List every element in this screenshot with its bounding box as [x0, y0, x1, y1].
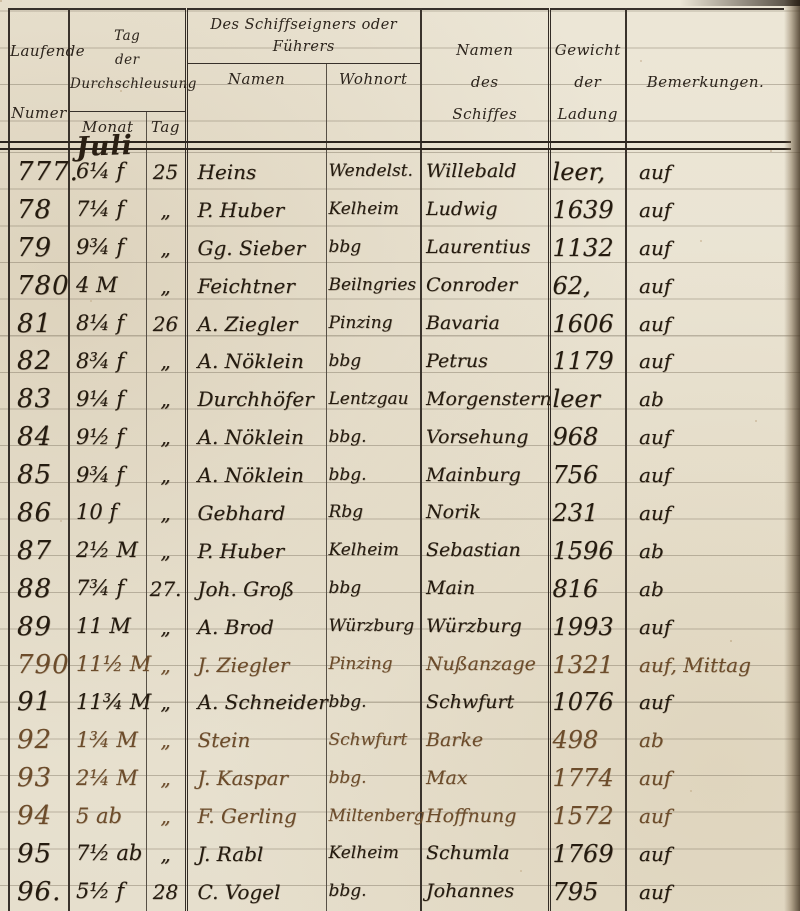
owner-name-cell: P. Huber: [186, 191, 326, 229]
page-edge-shadow: [784, 0, 800, 911]
table-row: 95 7½ ab „ J. Rabl Kelheim Schumla 1769 …: [9, 835, 784, 873]
paper-speckles: [0, 0, 2, 2]
cargo-weight-cell: 795: [549, 873, 626, 911]
owner-name-cell: Gg. Sieber: [186, 229, 326, 267]
owner-name-cell: Heins: [186, 153, 326, 191]
ship-name-cell: Vorsehung: [421, 418, 549, 456]
running-number-cell: 96.: [9, 873, 69, 911]
ship-name-cell: Hoffnung: [421, 797, 549, 835]
day-cell: „: [146, 494, 186, 532]
running-number-cell: 83: [9, 380, 69, 418]
owner-name-cell: Durchhöfer: [186, 380, 326, 418]
table-row: 92 1¾ M „ Stein Schwfurt Barke 498 ab: [9, 721, 784, 759]
remark-cell: ab: [626, 532, 784, 570]
cargo-weight-cell: 62,: [549, 267, 626, 305]
table-row: 93 2¼ M „ J. Kaspar bbg. Max 1774 auf: [9, 759, 784, 797]
month-label: Juli: [75, 130, 133, 163]
scanned-ledger-page: { "page": { "month_label": "Juli" }, "he…: [0, 0, 800, 911]
residence-cell: Kelheim: [326, 191, 421, 229]
time-cell: 9½ f: [69, 418, 146, 456]
table-row: 84 9½ f „ A. Nöklein bbg. Vorsehung 968 …: [9, 418, 784, 456]
header-schiffseigner: Des Schiffseigners oder Führers: [186, 9, 421, 63]
cargo-weight-cell: leer,: [549, 153, 626, 191]
remark-cell: auf: [626, 191, 784, 229]
owner-name-cell: A. Nöklein: [186, 418, 326, 456]
running-number-cell: 81: [9, 305, 69, 343]
time-cell: 9¾ f: [69, 229, 146, 267]
day-cell: 25: [146, 153, 186, 191]
owner-name-cell: A. Schneider: [186, 683, 326, 721]
remark-cell: auf: [626, 456, 784, 494]
ship-name-cell: Johannes: [421, 873, 549, 911]
cargo-weight-cell: leer: [549, 380, 626, 418]
day-cell: „: [146, 342, 186, 380]
running-number-cell: 92: [9, 721, 69, 759]
residence-cell: bbg: [326, 342, 421, 380]
remark-cell: ab: [626, 380, 784, 418]
owner-name-cell: J. Kaspar: [186, 759, 326, 797]
remark-cell: auf: [626, 305, 784, 343]
remark-cell: auf: [626, 153, 784, 191]
day-cell: „: [146, 380, 186, 418]
table-body: 777. 6¼ f 25 Heins Wendelst. Willebald l…: [9, 153, 784, 911]
remark-cell: ab: [626, 570, 784, 608]
residence-cell: Pinzing: [326, 646, 421, 684]
time-cell: 10 f: [69, 494, 146, 532]
owner-name-cell: C. Vogel: [186, 873, 326, 911]
page-edge-top-shadow: [680, 0, 800, 6]
header-schiffsname: Namen des Schiffes: [421, 9, 549, 153]
time-cell: 2¼ M: [69, 759, 146, 797]
day-cell: 27.: [146, 570, 186, 608]
cargo-weight-cell: 1769: [549, 835, 626, 873]
time-cell: 5 ab: [69, 797, 146, 835]
cargo-weight-cell: 1606: [549, 305, 626, 343]
cargo-weight-cell: 1076: [549, 683, 626, 721]
residence-cell: Würzburg: [326, 608, 421, 646]
ship-name-cell: Max: [421, 759, 549, 797]
ship-name-cell: Barke: [421, 721, 549, 759]
cargo-weight-cell: 1132: [549, 229, 626, 267]
remark-cell: auf: [626, 683, 784, 721]
running-number-cell: 82: [9, 342, 69, 380]
ship-name-cell: Norik: [421, 494, 549, 532]
running-number-cell: 88: [9, 570, 69, 608]
table-row: 91 11¾ M „ A. Schneider bbg. Schwfurt 10…: [9, 683, 784, 721]
running-number-cell: 79: [9, 229, 69, 267]
residence-cell: Wendelst.: [326, 153, 421, 191]
table-row: 82 8¾ f „ A. Nöklein bbg Petrus 1179 auf: [9, 342, 784, 380]
owner-name-cell: A. Ziegler: [186, 305, 326, 343]
owner-name-cell: Stein: [186, 721, 326, 759]
header-bemerkungen: Bemerkungen.: [626, 9, 784, 153]
cargo-weight-cell: 498: [549, 721, 626, 759]
day-cell: „: [146, 267, 186, 305]
ship-name-cell: Ludwig: [421, 191, 549, 229]
cargo-weight-cell: 816: [549, 570, 626, 608]
running-number-cell: 94: [9, 797, 69, 835]
residence-cell: Kelheim: [326, 532, 421, 570]
remark-cell: auf: [626, 342, 784, 380]
time-cell: 7¾ f: [69, 570, 146, 608]
residence-cell: Kelheim: [326, 835, 421, 873]
residence-cell: Schwfurt: [326, 721, 421, 759]
day-cell: „: [146, 456, 186, 494]
time-cell: 1¾ M: [69, 721, 146, 759]
day-cell: 26: [146, 305, 186, 343]
table-row: 86 10 f „ Gebhard Rbg Norik 231 auf: [9, 494, 784, 532]
owner-name-cell: P. Huber: [186, 532, 326, 570]
header-wohnort: Wohnort: [326, 63, 421, 153]
time-cell: 11½ M: [69, 646, 146, 684]
table-row: 83 9¼ f „ Durchhöfer Lentzgau Morgenster…: [9, 380, 784, 418]
time-cell: 4 M: [69, 267, 146, 305]
cargo-weight-cell: 1774: [549, 759, 626, 797]
running-number-cell: 91: [9, 683, 69, 721]
residence-cell: bbg.: [326, 418, 421, 456]
cargo-weight-cell: 1596: [549, 532, 626, 570]
running-number-cell: 93: [9, 759, 69, 797]
table-row: 89 11 M „ A. Brod Würzburg Würzburg 1993…: [9, 608, 784, 646]
remark-cell: auf: [626, 229, 784, 267]
ship-name-cell: Sebastian: [421, 532, 549, 570]
residence-cell: bbg: [326, 229, 421, 267]
cargo-weight-cell: 1639: [549, 191, 626, 229]
ship-name-cell: Morgenstern: [421, 380, 549, 418]
cargo-weight-cell: 1572: [549, 797, 626, 835]
day-cell: „: [146, 229, 186, 267]
day-cell: „: [146, 683, 186, 721]
cargo-weight-cell: 968: [549, 418, 626, 456]
table-row: 780 4 M „ Feichtner Beilngries Conroder …: [9, 267, 784, 305]
owner-name-cell: Feichtner: [186, 267, 326, 305]
running-number-cell: 86: [9, 494, 69, 532]
residence-cell: Beilngries: [326, 267, 421, 305]
time-cell: 7½ ab: [69, 835, 146, 873]
table-row: 790 11½ M „ J. Ziegler Pinzing Nußanzage…: [9, 646, 784, 684]
ship-name-cell: Conroder: [421, 267, 549, 305]
running-number-cell: 87: [9, 532, 69, 570]
running-number-cell: 84: [9, 418, 69, 456]
running-number-cell: 780: [9, 267, 69, 305]
table-row: 78 7¼ f „ P. Huber Kelheim Ludwig 1639 a…: [9, 191, 784, 229]
day-cell: „: [146, 721, 186, 759]
day-cell: „: [146, 191, 186, 229]
ship-name-cell: Willebald: [421, 153, 549, 191]
residence-cell: bbg.: [326, 456, 421, 494]
cargo-weight-cell: 231: [549, 494, 626, 532]
ship-name-cell: Schwfurt: [421, 683, 549, 721]
remark-cell: auf: [626, 835, 784, 873]
remark-cell: auf: [626, 418, 784, 456]
residence-cell: bbg: [326, 570, 421, 608]
time-cell: 5½ f: [69, 873, 146, 911]
time-cell: 8¾ f: [69, 342, 146, 380]
remark-cell: auf: [626, 608, 784, 646]
remark-cell: auf: [626, 494, 784, 532]
time-cell: 11 M: [69, 608, 146, 646]
running-number-cell: 777.: [9, 153, 69, 191]
residence-cell: Rbg: [326, 494, 421, 532]
day-cell: „: [146, 835, 186, 873]
residence-cell: bbg.: [326, 873, 421, 911]
time-cell: 7¼ f: [69, 191, 146, 229]
table-row: 79 9¾ f „ Gg. Sieber bbg Laurentius 1132…: [9, 229, 784, 267]
owner-name-cell: A. Brod: [186, 608, 326, 646]
ship-name-cell: Würzburg: [421, 608, 549, 646]
owner-name-cell: J. Ziegler: [186, 646, 326, 684]
day-cell: „: [146, 418, 186, 456]
time-cell: 11¾ M: [69, 683, 146, 721]
time-cell: 8¼ f: [69, 305, 146, 343]
cargo-weight-cell: 756: [549, 456, 626, 494]
header-namen: Namen: [186, 63, 326, 153]
ship-name-cell: Petrus: [421, 342, 549, 380]
remark-cell: auf, Mittag: [626, 646, 784, 684]
owner-name-cell: Joh. Groß: [186, 570, 326, 608]
ship-name-cell: Laurentius: [421, 229, 549, 267]
running-number-cell: 85: [9, 456, 69, 494]
ship-name-cell: Schumla: [421, 835, 549, 873]
ship-name-cell: Bavaria: [421, 305, 549, 343]
running-number-cell: 790: [9, 646, 69, 684]
table-row: 85 9¾ f „ A. Nöklein bbg. Mainburg 756 a…: [9, 456, 784, 494]
time-cell: 9¼ f: [69, 380, 146, 418]
owner-name-cell: A. Nöklein: [186, 456, 326, 494]
day-cell: „: [146, 608, 186, 646]
remark-cell: auf: [626, 797, 784, 835]
day-cell: 28: [146, 873, 186, 911]
remark-cell: auf: [626, 759, 784, 797]
table-row: 96. 5½ f 28 C. Vogel bbg. Johannes 795 a…: [9, 873, 784, 911]
residence-cell: bbg.: [326, 759, 421, 797]
running-number-cell: 95: [9, 835, 69, 873]
header-laufende-nummer: Laufende Numer: [9, 9, 69, 153]
day-cell: „: [146, 759, 186, 797]
owner-name-cell: Gebhard: [186, 494, 326, 532]
owner-name-cell: J. Rabl: [186, 835, 326, 873]
residence-cell: bbg.: [326, 683, 421, 721]
cargo-weight-cell: 1321: [549, 646, 626, 684]
table-row: 87 2½ M „ P. Huber Kelheim Sebastian 159…: [9, 532, 784, 570]
residence-cell: Miltenberg: [326, 797, 421, 835]
table-row: 81 8¼ f 26 A. Ziegler Pinzing Bavaria 16…: [9, 305, 784, 343]
day-cell: „: [146, 532, 186, 570]
owner-name-cell: A. Nöklein: [186, 342, 326, 380]
residence-cell: Pinzing: [326, 305, 421, 343]
ship-name-cell: Mainburg: [421, 456, 549, 494]
day-cell: „: [146, 646, 186, 684]
owner-name-cell: F. Gerling: [186, 797, 326, 835]
running-number-cell: 78: [9, 191, 69, 229]
remark-cell: auf: [626, 267, 784, 305]
day-cell: „: [146, 797, 186, 835]
header-tag-der-durchschleusung: Tag der Durchschleusung: [69, 9, 186, 111]
ship-name-cell: Main: [421, 570, 549, 608]
ship-name-cell: Nußanzage: [421, 646, 549, 684]
table-row: 94 5 ab „ F. Gerling Miltenberg Hoffnung…: [9, 797, 784, 835]
cargo-weight-cell: 1179: [549, 342, 626, 380]
residence-cell: Lentzgau: [326, 380, 421, 418]
header-gewicht: Gewicht der Ladung: [549, 9, 626, 153]
remark-cell: ab: [626, 721, 784, 759]
cargo-weight-cell: 1993: [549, 608, 626, 646]
remark-cell: auf: [626, 873, 784, 911]
time-cell: 9¾ f: [69, 456, 146, 494]
time-cell: 2½ M: [69, 532, 146, 570]
table-row: 88 7¾ f 27. Joh. Groß bbg Main 816 ab: [9, 570, 784, 608]
running-number-cell: 89: [9, 608, 69, 646]
